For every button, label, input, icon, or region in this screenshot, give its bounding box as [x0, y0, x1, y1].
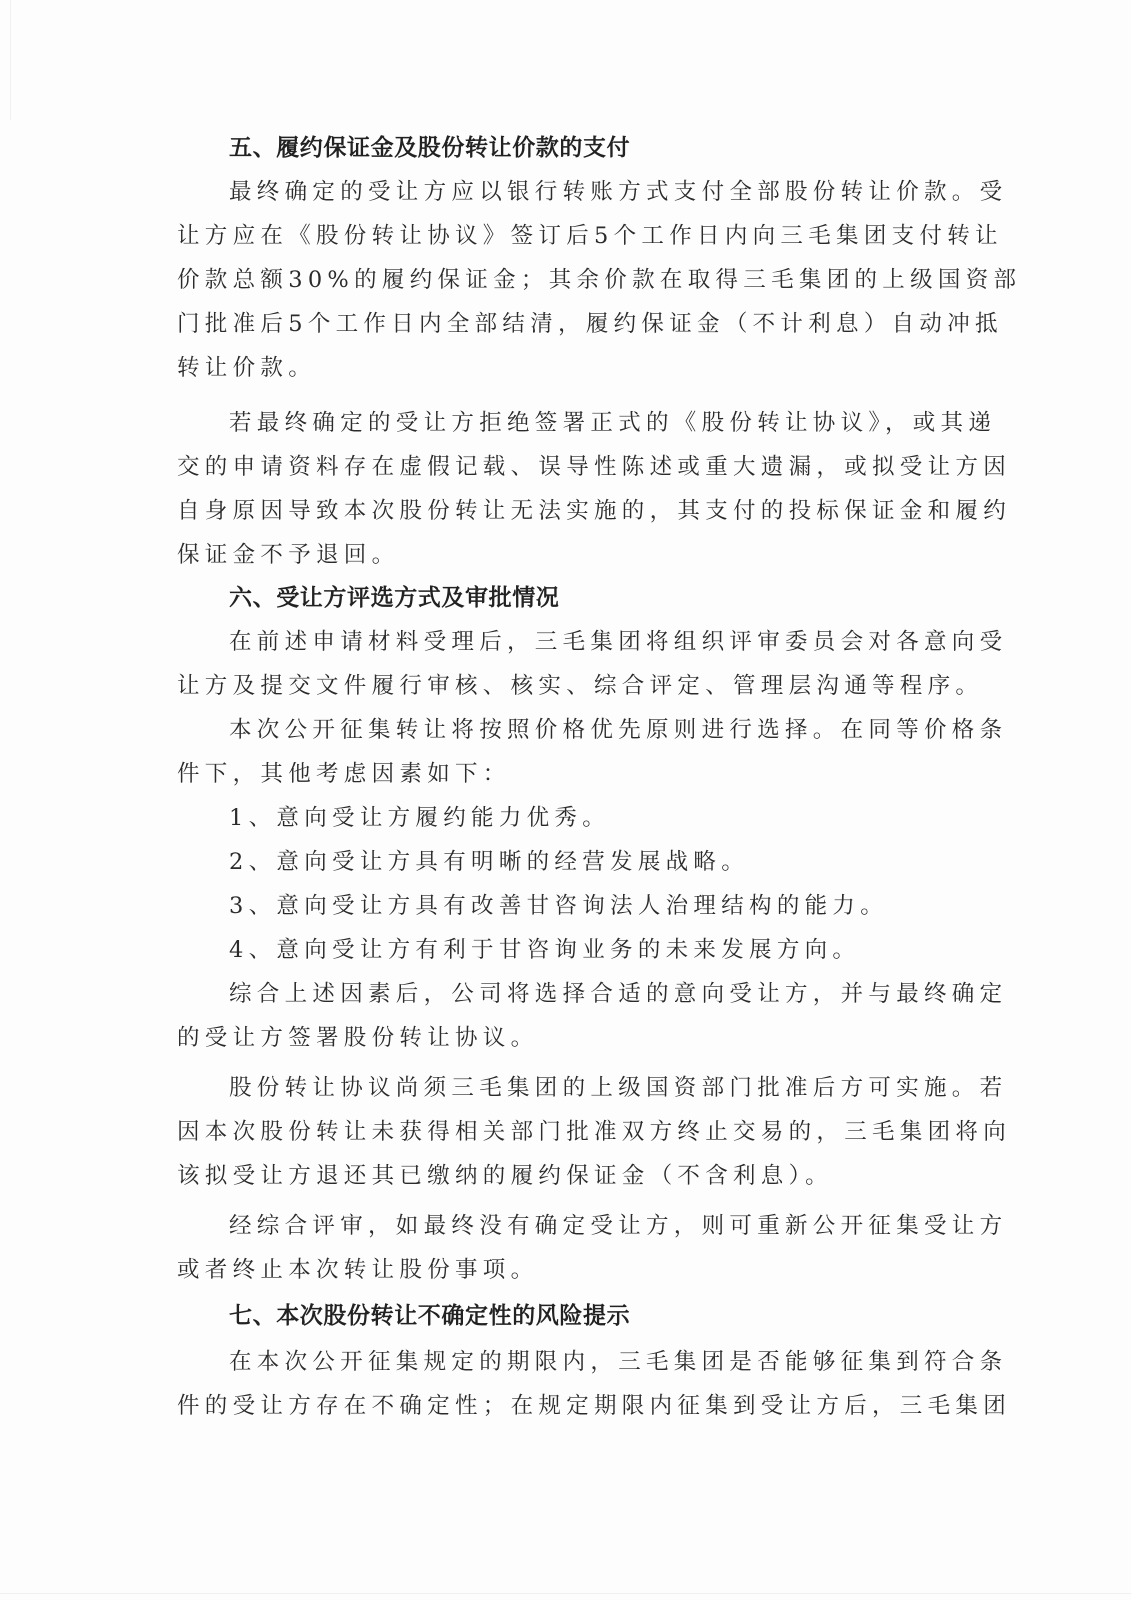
- list-item: 3、意向受让方具有改善甘咨询法人治理结构的能力。: [229, 886, 888, 926]
- document-page: 五、履约保证金及股份转让价款的支付 最终确定的受让方应以银行转账方式支付全部股份…: [0, 0, 1131, 1600]
- paragraph-line: 交的申请资料存在虚假记载、误导性陈述或重大遗漏，或拟受让方因: [177, 447, 1011, 487]
- list-item: 4、意向受让方有利于甘咨询业务的未来发展方向。: [229, 930, 860, 970]
- paragraph-line: 该拟受让方退还其已缴纳的履约保证金（不含利息）。: [177, 1156, 833, 1196]
- scan-edge: [10, 0, 11, 120]
- paragraph-line: 的受让方签署股份转让协议。: [177, 1018, 538, 1058]
- paragraph-line: 若最终确定的受让方拒绝签署正式的《股份转让协议》，或其递: [229, 403, 996, 443]
- paragraph-line: 自身原因导致本次股份转让无法实施的，其支付的投标保证金和履约: [177, 491, 1011, 531]
- paragraph-line: 价款总额30%的履约保证金；其余价款在取得三毛集团的上级国资部: [177, 260, 1021, 300]
- paragraph-line: 保证金不予退回。: [177, 535, 399, 575]
- paragraph-line: 股份转让协议尚须三毛集团的上级国资部门批准后方可实施。若: [229, 1068, 1007, 1108]
- paragraph-line: 经综合评审，如最终没有确定受让方，则可重新公开征集受让方: [229, 1206, 1007, 1246]
- paragraph-line: 件的受让方存在不确定性；在规定期限内征集到受让方后，三毛集团: [177, 1386, 1011, 1426]
- paragraph-line: 件下，其他考虑因素如下：: [177, 754, 511, 794]
- list-item: 1、意向受让方履约能力优秀。: [229, 798, 610, 838]
- paragraph-line: 让方应在《股份转让协议》签订后5个工作日内向三毛集团支付转让: [177, 216, 1003, 256]
- paragraph-line: 本次公开征集转让将按照价格优先原则进行选择。在同等价格条: [229, 710, 1007, 750]
- paragraph-line: 门批准后5个工作日内全部结清，履约保证金（不计利息）自动冲抵: [177, 304, 1003, 344]
- scan-edge: [0, 1593, 1131, 1594]
- paragraph-line: 在本次公开征集规定的期限内，三毛集团是否能够征集到符合条: [229, 1342, 1007, 1382]
- section-heading-7: 七、本次股份转让不确定性的风险提示: [229, 1296, 630, 1336]
- paragraph-line: 综合上述因素后，公司将选择合适的意向受让方，并与最终确定: [229, 974, 1007, 1014]
- section-heading-6: 六、受让方评选方式及审批情况: [229, 578, 559, 618]
- list-item: 2、意向受让方具有明晰的经营发展战略。: [229, 842, 749, 882]
- paragraph-line: 在前述申请材料受理后，三毛集团将组织评审委员会对各意向受: [229, 622, 1007, 662]
- paragraph-line: 或者终止本次转让股份事项。: [177, 1250, 538, 1290]
- paragraph-line: 让方及提交文件履行审核、核实、综合评定、管理层沟通等程序。: [177, 666, 983, 706]
- paragraph-line: 因本次股份转让未获得相关部门批准双方终止交易的，三毛集团将向: [177, 1112, 1011, 1152]
- paragraph-line: 最终确定的受让方应以银行转账方式支付全部股份转让价款。受: [229, 172, 1007, 212]
- section-heading-5: 五、履约保证金及股份转让价款的支付: [229, 128, 630, 168]
- paragraph-line: 转让价款。: [177, 348, 316, 388]
